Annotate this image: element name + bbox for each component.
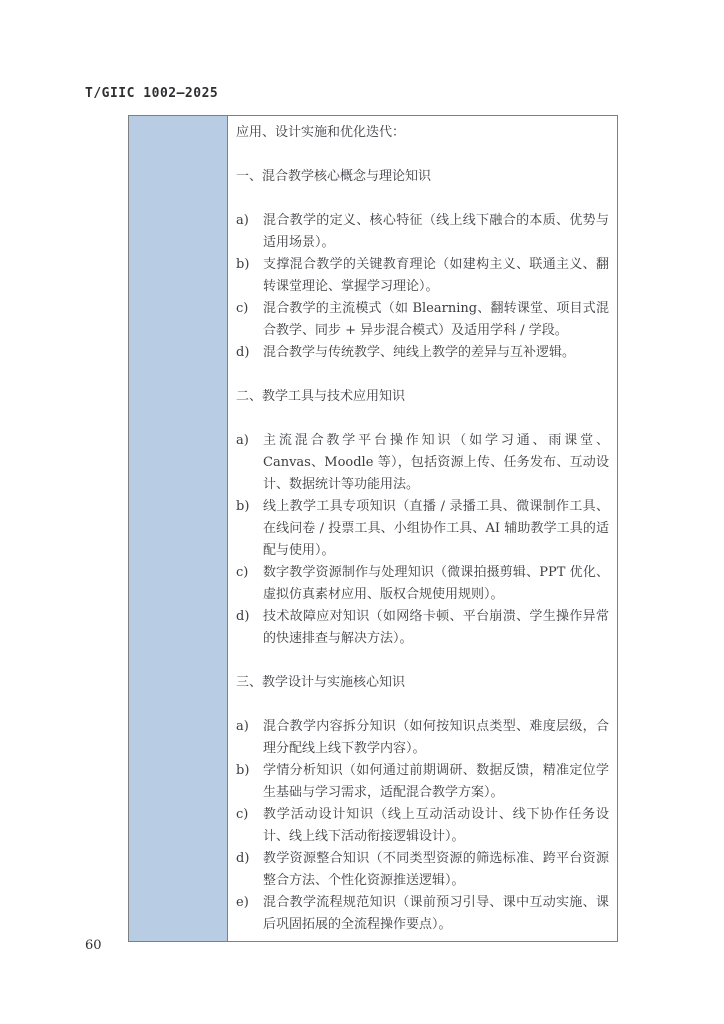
list-item: a) 混合教学的定义、核心特征（线上线下融合的本质、优势与适用场景）。 <box>236 210 609 254</box>
list-item: d) 教学资源整合知识（不同类型资源的筛选标准、跨平台资源整合方法、个性化资源推… <box>236 848 609 892</box>
content-table: 应用、设计实施和优化迭代： 一、混合教学核心概念与理论知识 a) 混合教学的定义… <box>128 115 618 942</box>
item-text: 教学活动设计知识（线上互动活动设计、线下协作任务设计、线上线下活动衔接逻辑设计）… <box>263 804 609 848</box>
intro-text: 应用、设计实施和优化迭代： <box>236 122 609 144</box>
list-item: b) 线上教学工具专项知识（直播 / 录播工具、微课制作工具、在线问卷 / 投票… <box>236 496 609 562</box>
list-item: c) 混合教学的主流模式（如 Blearning、翻转课堂、项目式混合教学、同步… <box>236 298 609 342</box>
item-text: 线上教学工具专项知识（直播 / 录播工具、微课制作工具、在线问卷 / 投票工具、… <box>263 496 609 562</box>
item-marker: d) <box>236 342 263 364</box>
list-item: d) 混合教学与传统教学、纯线上教学的差异与互补逻辑。 <box>236 342 609 364</box>
item-text: 技术故障应对知识（如网络卡顿、平台崩溃、学生操作异常的快速排查与解决方法）。 <box>263 606 609 650</box>
item-marker: b) <box>236 496 263 518</box>
document-page: { "header": { "doc_number": "T/GIIC 1002… <box>0 0 724 1024</box>
item-text: 混合教学的主流模式（如 Blearning、翻转课堂、项目式混合教学、同步 + … <box>263 298 609 342</box>
item-text: 混合教学内容拆分知识（如何按知识点类型、难度层级，合理分配线上线下教学内容）。 <box>263 716 609 760</box>
item-marker: b) <box>236 254 263 276</box>
item-text: 混合教学与传统教学、纯线上教学的差异与互补逻辑。 <box>263 342 609 364</box>
item-text: 混合教学流程规范知识（课前预习引导、课中互动实施、课后巩固拓展的全流程操作要点）… <box>263 892 609 936</box>
item-text: 支撑混合教学的关键教育理论（如建构主义、联通主义、翻转课堂理论、掌握学习理论）。 <box>263 254 609 298</box>
section-1: 一、混合教学核心概念与理论知识 a) 混合教学的定义、核心特征（线上线下融合的本… <box>236 166 609 364</box>
doc-number: T/GIIC 1002—2025 <box>85 86 218 101</box>
section-heading: 三、教学设计与实施核心知识 <box>236 672 609 694</box>
category-cell <box>129 116 228 941</box>
section-3: 三、教学设计与实施核心知识 a) 混合教学内容拆分知识（如何按知识点类型、难度层… <box>236 672 609 936</box>
section-heading: 二、教学工具与技术应用知识 <box>236 386 609 408</box>
list-item: e) 混合教学流程规范知识（课前预习引导、课中互动实施、课后巩固拓展的全流程操作… <box>236 892 609 936</box>
item-marker: e) <box>236 892 263 914</box>
item-marker: c) <box>236 804 263 826</box>
list-item: a) 混合教学内容拆分知识（如何按知识点类型、难度层级，合理分配线上线下教学内容… <box>236 716 609 760</box>
list-item: a) 主流混合教学平台操作知识（如学习通、雨课堂、Canvas、Moodle 等… <box>236 430 609 496</box>
list-item: d) 技术故障应对知识（如网络卡顿、平台崩溃、学生操作异常的快速排查与解决方法）… <box>236 606 609 650</box>
item-text: 混合教学的定义、核心特征（线上线下融合的本质、优势与适用场景）。 <box>263 210 609 254</box>
page-number: 60 <box>85 938 102 953</box>
item-text: 学情分析知识（如何通过前期调研、数据反馈，精准定位学生基础与学习需求，适配混合教… <box>263 760 609 804</box>
item-marker: c) <box>236 562 263 584</box>
list-item: c) 数字教学资源制作与处理知识（微课拍摄剪辑、PPT 优化、虚拟仿真素材应用、… <box>236 562 609 606</box>
item-marker: d) <box>236 606 263 628</box>
item-marker: a) <box>236 210 263 232</box>
section-2: 二、教学工具与技术应用知识 a) 主流混合教学平台操作知识（如学习通、雨课堂、C… <box>236 386 609 650</box>
item-marker: a) <box>236 716 263 738</box>
item-text: 教学资源整合知识（不同类型资源的筛选标准、跨平台资源整合方法、个性化资源推送逻辑… <box>263 848 609 892</box>
section-heading: 一、混合教学核心概念与理论知识 <box>236 166 609 188</box>
list-item: c) 教学活动设计知识（线上互动活动设计、线下协作任务设计、线上线下活动衔接逻辑… <box>236 804 609 848</box>
item-text: 主流混合教学平台操作知识（如学习通、雨课堂、Canvas、Moodle 等），包… <box>263 430 609 496</box>
list-item: b) 学情分析知识（如何通过前期调研、数据反馈，精准定位学生基础与学习需求，适配… <box>236 760 609 804</box>
item-marker: c) <box>236 298 263 320</box>
list-item: b) 支撑混合教学的关键教育理论（如建构主义、联通主义、翻转课堂理论、掌握学习理… <box>236 254 609 298</box>
item-marker: b) <box>236 760 263 782</box>
item-marker: a) <box>236 430 263 452</box>
content-cell: 应用、设计实施和优化迭代： 一、混合教学核心概念与理论知识 a) 混合教学的定义… <box>228 116 617 941</box>
item-marker: d) <box>236 848 263 870</box>
item-text: 数字教学资源制作与处理知识（微课拍摄剪辑、PPT 优化、虚拟仿真素材应用、版权合… <box>263 562 609 606</box>
